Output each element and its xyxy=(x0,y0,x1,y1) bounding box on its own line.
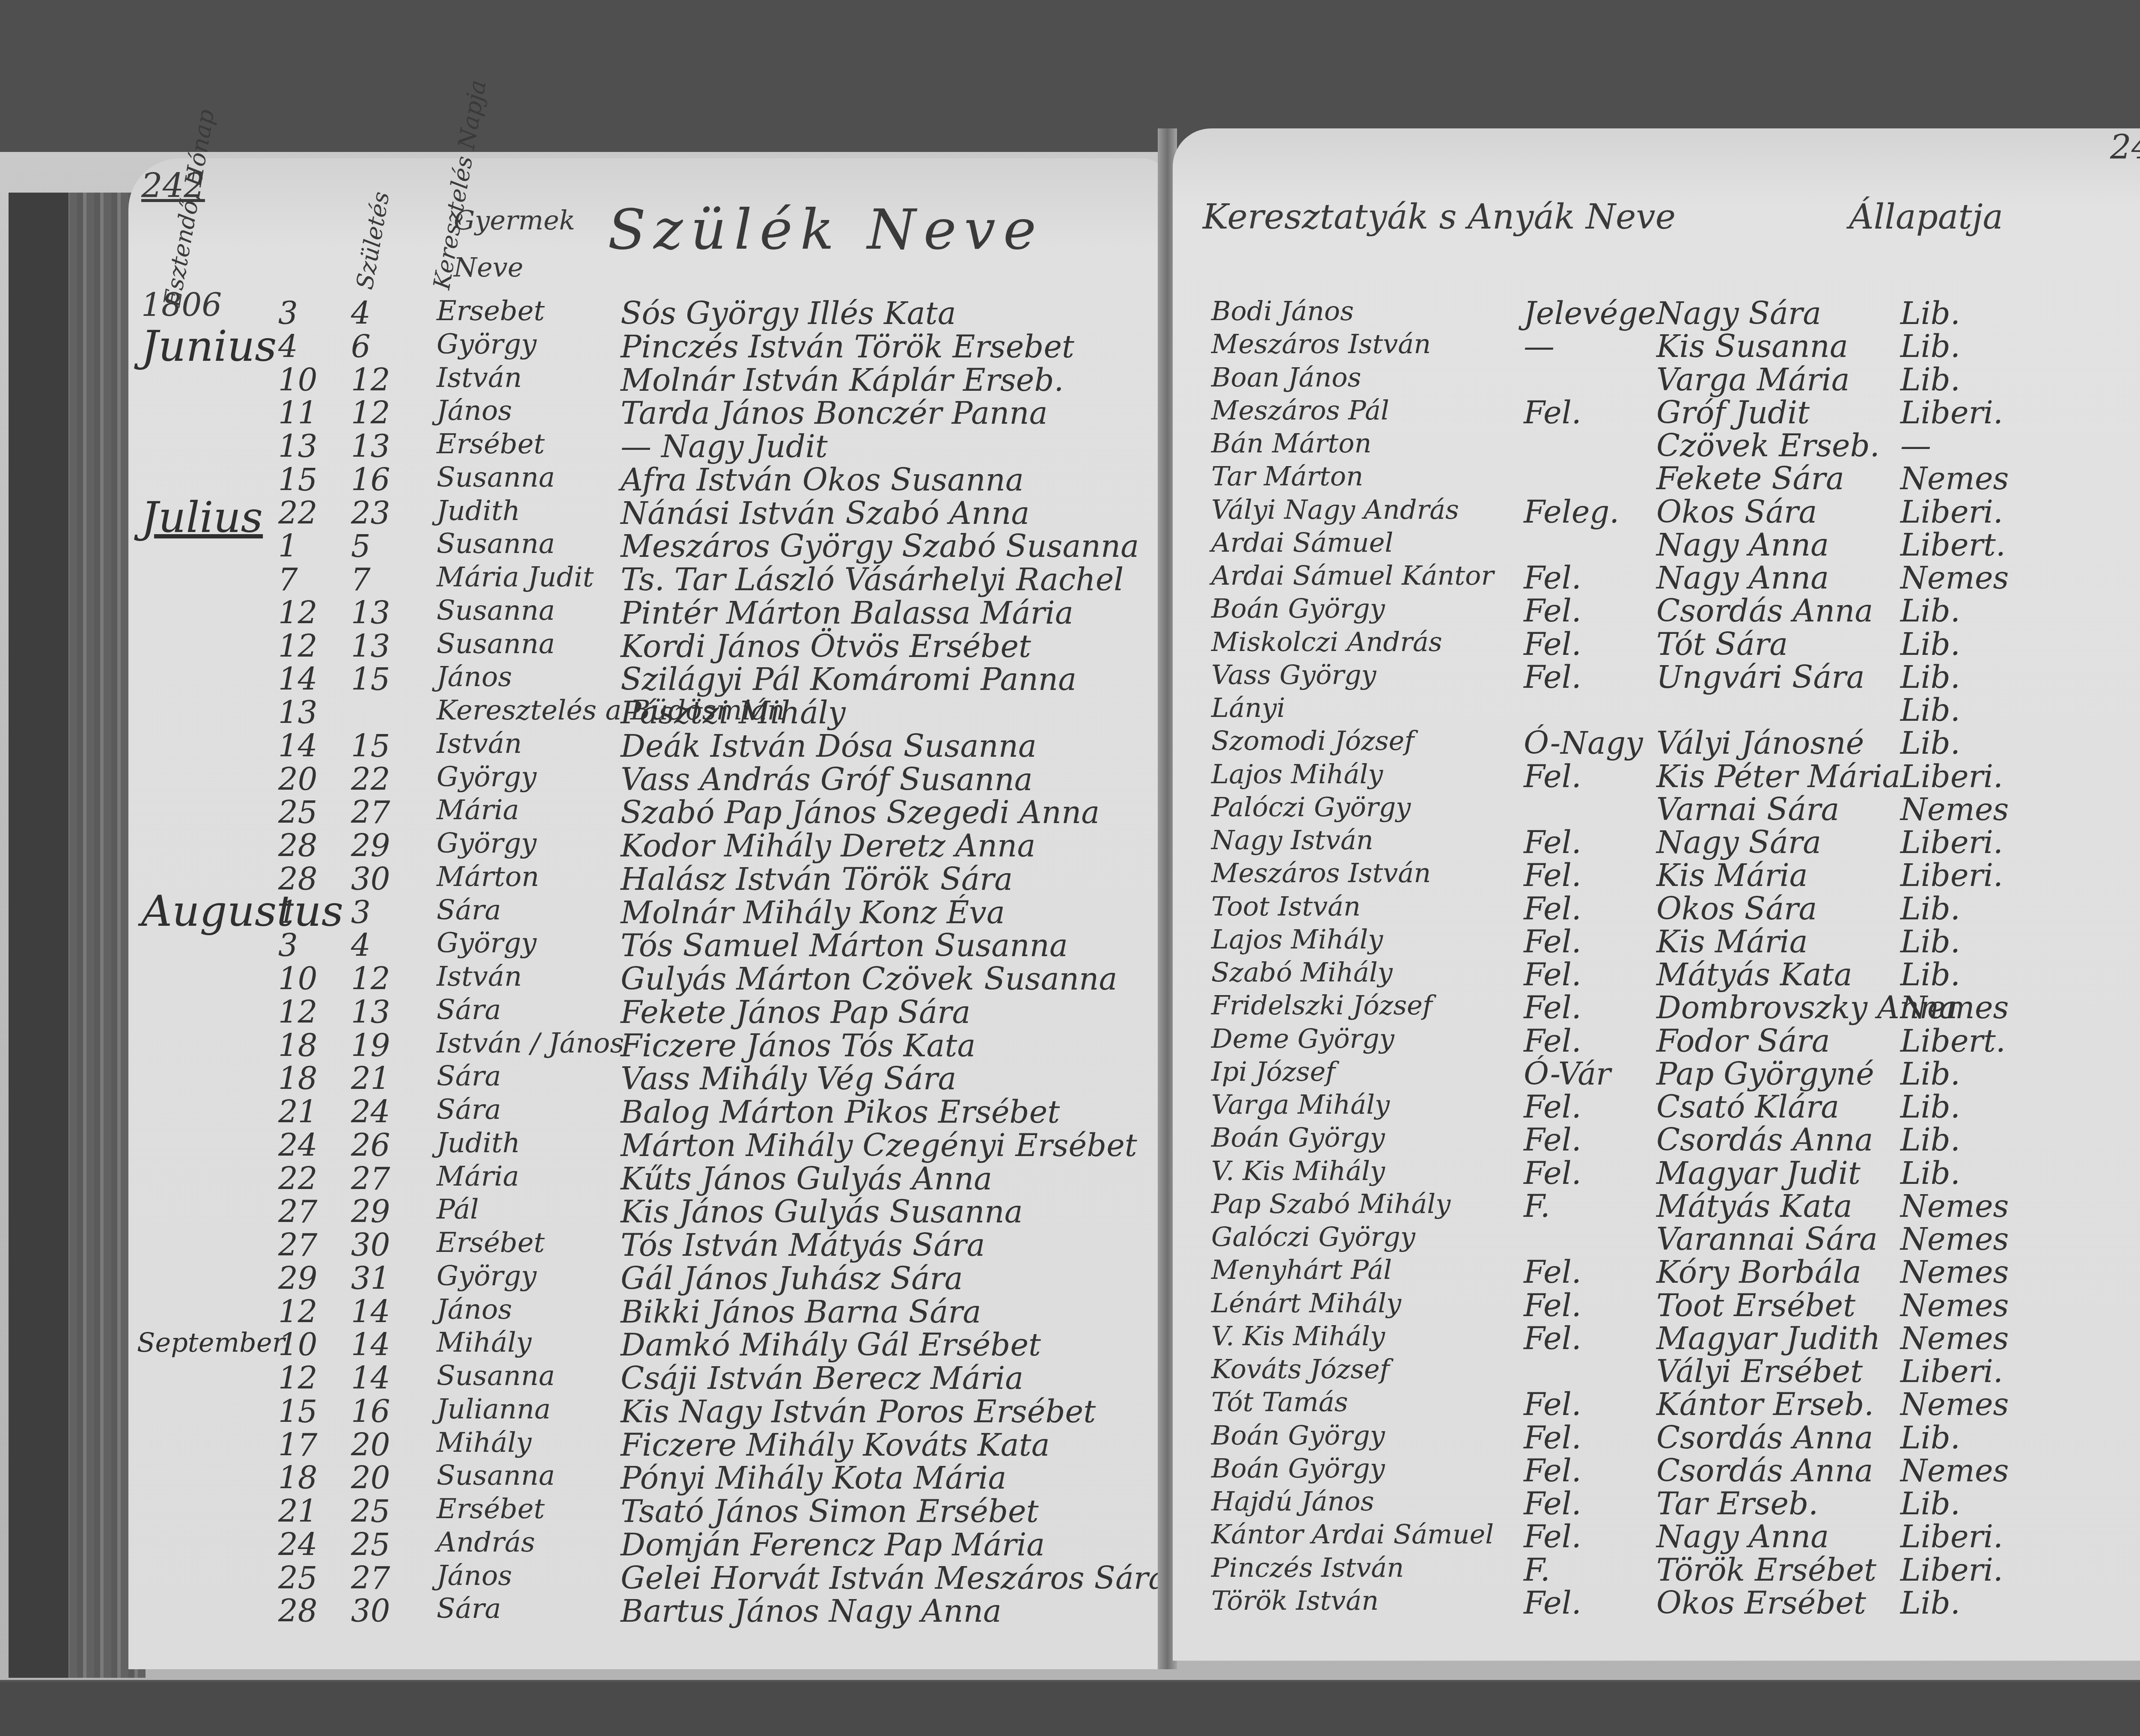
child-name-cell: György xyxy=(437,828,537,859)
status-cell: Liberi. xyxy=(1900,1353,2003,1389)
child-name-cell: Susanna xyxy=(437,1460,555,1492)
godmother-cell: Tar Erseb. xyxy=(1656,1486,1818,1522)
child-name-cell: Susanna xyxy=(437,628,555,660)
birth-day-cell: 1 xyxy=(278,895,298,930)
godfather-cell: Pinczés István xyxy=(1211,1552,1404,1583)
godfather-cell: Lénárt Mihály xyxy=(1211,1287,1401,1319)
godmother-cell: Kántor Erseb. xyxy=(1656,1386,1874,1422)
birth-day-cell: 17 xyxy=(278,1427,318,1463)
godmother-cell: Gróf Judit xyxy=(1656,395,1810,431)
baptism-day-cell: 31 xyxy=(351,1260,390,1296)
parents-names-cell: Gál János Juhász Sára xyxy=(621,1260,963,1296)
godmother-cell: Mátyás Kata xyxy=(1656,957,1852,993)
godmother-cell: Okos Ersébet xyxy=(1656,1585,1866,1621)
child-name-cell: András xyxy=(437,1527,535,1558)
child-name-cell: István xyxy=(437,961,522,993)
baptism-day-cell: 13 xyxy=(351,595,390,631)
baptism-day-cell: 15 xyxy=(351,728,390,764)
parents-names-cell: Bikki János Barna Sára xyxy=(621,1294,981,1330)
parents-names-cell: Kodor Mihály Deretz Anna xyxy=(621,828,1035,864)
parents-names-cell: Tós Samuel Márton Susanna xyxy=(621,927,1068,963)
godfather-cell: Meszáros István xyxy=(1211,857,1431,889)
header-parents-names: Szülék Neve xyxy=(608,197,1044,262)
parents-names-cell: Márton Mihály Czegényi Ersébet xyxy=(621,1127,1137,1163)
birth-day-cell: 14 xyxy=(278,728,318,764)
child-name-cell: Sára xyxy=(437,994,501,1026)
godfather-cell: Bán Márton xyxy=(1211,428,1371,459)
birth-day-cell: 27 xyxy=(278,1227,318,1263)
godfather-cell: Tót Tamás xyxy=(1211,1386,1348,1418)
child-name-cell: Mária Judit xyxy=(437,562,594,593)
status-cell: Lib. xyxy=(1900,1420,1960,1456)
parents-names-cell: Nánási István Szabó Anna xyxy=(621,495,1029,531)
parents-names-cell: Domján Ferencz Pap Mária xyxy=(621,1527,1045,1563)
residence-cell: Fel. xyxy=(1524,593,1581,629)
baptism-day-cell: 29 xyxy=(351,1194,390,1230)
godfather-cell: Fridelszki József xyxy=(1211,990,1433,1021)
status-cell: Liberi. xyxy=(1900,494,2003,530)
child-name-cell: Julianna xyxy=(437,1394,551,1425)
parents-names-cell: Pónyi Mihály Kota Mária xyxy=(621,1460,1006,1496)
baptism-day-cell: 4 xyxy=(351,927,371,963)
status-cell: Nemes xyxy=(1900,1221,2009,1257)
baptism-day-cell: 26 xyxy=(351,1127,390,1163)
godfather-cell: Bodi János xyxy=(1211,295,1354,327)
birth-day-cell: 10 xyxy=(278,362,318,398)
residence-cell: Fel. xyxy=(1524,1386,1581,1422)
residence-cell: Fel. xyxy=(1524,824,1581,860)
birth-day-cell: 1 xyxy=(278,528,298,564)
baptism-day-cell: 22 xyxy=(351,761,390,797)
baptism-day-cell: 25 xyxy=(351,1493,390,1529)
child-name-cell: Judith xyxy=(437,495,520,527)
birth-day-cell: 24 xyxy=(278,1127,318,1163)
godmother-cell: Vályi Jánosné xyxy=(1656,725,1864,761)
birth-day-cell: 7 xyxy=(278,562,298,597)
godfather-cell: Menyhárt Pál xyxy=(1211,1254,1392,1285)
baptism-day-cell: 23 xyxy=(351,495,390,531)
birth-day-cell: 25 xyxy=(278,1560,318,1596)
baptism-day-cell: 3 xyxy=(351,895,371,930)
godfather-cell: Meszáros István xyxy=(1211,328,1431,360)
child-name-cell: János xyxy=(437,661,512,693)
birth-day-cell: 15 xyxy=(278,462,318,498)
residence-cell: Jelevége xyxy=(1524,295,1656,331)
baptism-day-cell: 14 xyxy=(351,1360,390,1396)
godmother-cell: Mátyás Kata xyxy=(1656,1188,1852,1224)
birth-day-cell: 10 xyxy=(278,961,318,997)
residence-cell: Fel. xyxy=(1524,659,1581,695)
residence-cell: Fel. xyxy=(1524,990,1581,1026)
birth-day-cell: 22 xyxy=(278,495,318,531)
header-child-name: Gyermek Neve xyxy=(454,197,582,291)
parents-names-cell: Gelei Horvát István Meszáros Sára xyxy=(621,1560,1167,1596)
godmother-cell: Vályi Ersébet xyxy=(1656,1353,1863,1389)
parents-names-cell: Vass Mihály Vég Sára xyxy=(621,1061,956,1097)
godmother-cell: Török Ersébet xyxy=(1656,1552,1876,1588)
child-name-cell: Judith xyxy=(437,1127,520,1159)
status-cell: Lib. xyxy=(1900,295,1960,331)
godfather-cell: Boán György xyxy=(1211,1420,1385,1451)
godfather-cell: Kováts József xyxy=(1211,1353,1390,1385)
status-cell: Lib. xyxy=(1900,725,1960,761)
book-page-edges-left xyxy=(9,193,146,1678)
parents-names-cell: Pásztzi Mihály xyxy=(621,695,846,731)
page-number-right: 243 xyxy=(2110,128,2140,167)
residence-cell: Fel. xyxy=(1524,1585,1581,1621)
godmother-cell: Kóry Borbála xyxy=(1656,1254,1861,1290)
birth-day-cell: 11 xyxy=(278,395,318,431)
parents-names-cell: Tós István Mátyás Sára xyxy=(621,1227,985,1263)
child-name-cell: Sára xyxy=(437,1593,501,1625)
godmother-cell: Nagy Anna xyxy=(1656,1519,1829,1555)
residence-cell: Fel. xyxy=(1524,1023,1581,1059)
parents-names-cell: Damkó Mihály Gál Ersébet xyxy=(621,1327,1041,1363)
residence-cell: Fel. xyxy=(1524,1420,1581,1456)
residence-cell: Fel. xyxy=(1524,1519,1581,1555)
child-name-cell: Ersébet xyxy=(437,1493,545,1525)
parents-names-cell: Afra István Okos Susanna xyxy=(621,462,1024,498)
status-cell: Liberi. xyxy=(1900,857,2003,893)
status-cell: Nemes xyxy=(1900,791,2009,827)
residence-cell: Fel. xyxy=(1524,1155,1581,1191)
birth-day-cell: 24 xyxy=(278,1527,318,1563)
residence-cell: Fel. xyxy=(1524,891,1581,927)
godmother-cell: Csordás Anna xyxy=(1656,1420,1873,1456)
child-name-cell: Sára xyxy=(437,895,501,926)
birth-day-cell: 13 xyxy=(278,695,318,731)
status-cell: Nemes xyxy=(1900,560,2009,596)
baptism-day-cell: 20 xyxy=(351,1427,390,1463)
baptism-day-cell: 30 xyxy=(351,1227,390,1263)
godfather-cell: Galóczi György xyxy=(1211,1221,1415,1252)
godmother-cell: Nagy Sára xyxy=(1656,295,1821,331)
godfather-cell: V. Kis Mihály xyxy=(1211,1155,1385,1186)
godfather-cell: Boán György xyxy=(1211,1122,1385,1153)
child-name-cell: Mária xyxy=(437,794,519,826)
baptism-day-cell: 4 xyxy=(351,295,371,331)
residence-cell: Ó-Vár xyxy=(1524,1056,1611,1092)
birth-day-cell: 12 xyxy=(278,1360,318,1396)
child-name-cell: Mihály xyxy=(437,1427,532,1459)
godfather-cell: Deme György xyxy=(1211,1023,1394,1054)
status-cell: Lib. xyxy=(1900,626,1960,662)
parents-names-cell: — Nagy Judit xyxy=(621,428,828,464)
birth-day-cell: 10 xyxy=(278,1327,318,1363)
parents-names-cell: Meszáros György Szabó Susanna xyxy=(621,528,1139,564)
right-page: 243 Keresztatyák s Anyák Neve Állapatja … xyxy=(1173,128,2140,1661)
godmother-cell: Fodor Sára xyxy=(1656,1023,1830,1059)
residence-cell: Fel. xyxy=(1524,1254,1581,1290)
birth-day-cell: 25 xyxy=(278,794,318,830)
parents-names-cell: Molnár Mihály Konz Éva xyxy=(621,895,1005,930)
child-name-cell: Ersébet xyxy=(437,428,545,460)
child-name-cell: István / János xyxy=(437,1028,624,1059)
residence-cell: Fel. xyxy=(1524,395,1581,431)
status-cell: Lib. xyxy=(1900,1056,1960,1092)
godfather-cell: Boán György xyxy=(1211,593,1385,624)
header-godparents: Keresztatyák s Anyák Neve xyxy=(1203,197,1676,237)
godmother-cell: Tót Sára xyxy=(1656,626,1788,662)
parents-names-cell: Ficzere János Tós Kata xyxy=(621,1028,975,1064)
residence-cell: Fel. xyxy=(1524,1122,1581,1158)
status-cell: — xyxy=(1900,428,1931,464)
godfather-cell: Vass György xyxy=(1211,659,1376,690)
baptism-day-cell: 7 xyxy=(351,562,371,597)
parents-names-cell: Balog Márton Pikos Ersébet xyxy=(621,1094,1060,1130)
parents-names-cell: Kűts János Gulyás Anna xyxy=(621,1161,992,1197)
baptism-day-cell: 12 xyxy=(351,395,390,431)
status-cell: Nemes xyxy=(1900,461,2009,496)
status-cell: Lib. xyxy=(1900,1155,1960,1191)
status-cell: Libert. xyxy=(1900,1023,2006,1059)
birth-day-cell: 4 xyxy=(278,329,298,365)
child-name-cell: Márton xyxy=(437,861,539,893)
godmother-cell: Fekete Sára xyxy=(1656,461,1844,496)
scanner-backdrop-bottom xyxy=(0,1682,2140,1736)
residence-cell: Fel. xyxy=(1524,1089,1581,1125)
left-page: 242 Esztendő, Hónap Születés Keresztelés… xyxy=(128,158,1168,1669)
residence-cell: Fel. xyxy=(1524,857,1581,893)
status-cell: Lib. xyxy=(1900,957,1960,993)
child-name-cell: Susanna xyxy=(437,1360,555,1392)
parents-names-cell: Kordi János Ötvös Ersébet xyxy=(621,628,1031,664)
parents-names-cell: Tarda János Bonczér Panna xyxy=(621,395,1048,431)
parents-names-cell: Pintér Márton Balassa Mária xyxy=(621,595,1073,631)
child-name-cell: Ersébet xyxy=(437,1227,545,1259)
residence-cell: Ó-Nagy xyxy=(1524,725,1643,761)
parents-names-cell: Szilágyi Pál Komáromi Panna xyxy=(621,661,1076,697)
godmother-cell: Nagy Anna xyxy=(1656,527,1829,563)
status-cell: Nemes xyxy=(1900,1287,2009,1323)
godfather-cell: V. Kis Mihály xyxy=(1211,1320,1385,1352)
godmother-cell: Pap Györgyné xyxy=(1656,1056,1874,1092)
birth-day-cell: 12 xyxy=(278,595,318,631)
baptism-day-cell: 16 xyxy=(351,462,390,498)
godfather-cell: Toot István xyxy=(1211,891,1361,922)
child-name-cell: Susanna xyxy=(437,462,555,493)
residence-cell: Fel. xyxy=(1524,1320,1581,1356)
godmother-cell: Kis Mária xyxy=(1656,924,1808,960)
residence-cell: F. xyxy=(1524,1188,1550,1224)
status-cell: Nemes xyxy=(1900,1188,2009,1224)
status-cell: Liberi. xyxy=(1900,1519,2003,1555)
godfather-cell: Vályi Nagy András xyxy=(1211,494,1459,525)
godmother-cell: Okos Sára xyxy=(1656,494,1817,530)
status-cell: Lib. xyxy=(1900,593,1960,629)
status-cell: Nemes xyxy=(1900,1254,2009,1290)
baptism-day-cell: 12 xyxy=(351,362,390,398)
status-cell: Lib. xyxy=(1900,328,1960,364)
godfather-cell: Ardai Sámuel Kántor xyxy=(1211,560,1494,591)
baptism-day-cell: 21 xyxy=(351,1061,390,1097)
child-name-cell: István xyxy=(437,728,522,760)
baptism-day-cell: 6 xyxy=(351,329,371,365)
godmother-cell: Kis Mária xyxy=(1656,857,1808,893)
status-cell: Nemes xyxy=(1900,1453,2009,1489)
parents-names-cell: Sós György Illés Kata xyxy=(621,295,956,331)
residence-cell: — xyxy=(1524,328,1554,364)
parents-names-cell: Csáji István Berecz Mária xyxy=(621,1360,1023,1396)
status-cell: Nemes xyxy=(1900,990,2009,1026)
status-cell: Lib. xyxy=(1900,1486,1960,1522)
residence-cell: Fel. xyxy=(1524,626,1581,662)
godmother-cell: Csordás Anna xyxy=(1656,1453,1873,1489)
godmother-cell: Varga Mária xyxy=(1656,362,1850,398)
godmother-cell: Csordás Anna xyxy=(1656,593,1873,629)
status-cell: Lib. xyxy=(1900,362,1960,398)
child-name-cell: István xyxy=(437,362,522,394)
child-name-cell: Ersebet xyxy=(437,295,545,327)
parents-names-cell: Molnár István Káplár Erseb. xyxy=(621,362,1064,398)
parents-names-cell: Gulyás Márton Czövek Susanna xyxy=(621,961,1117,997)
birth-day-cell: 21 xyxy=(278,1493,318,1529)
status-cell: Lib. xyxy=(1900,1122,1960,1158)
godfather-cell: Ipi József xyxy=(1211,1056,1335,1087)
godfather-cell: Lányi xyxy=(1211,692,1285,723)
godmother-cell: Varannai Sára xyxy=(1656,1221,1878,1257)
godmother-cell: Csordás Anna xyxy=(1656,1122,1873,1158)
baptism-day-cell: 30 xyxy=(351,861,390,897)
birth-day-cell: 15 xyxy=(278,1394,318,1430)
residence-cell: Fel. xyxy=(1524,1486,1581,1522)
status-cell: Nemes xyxy=(1900,1386,2009,1422)
godmother-cell: Ungvári Sára xyxy=(1656,659,1865,695)
status-cell: Liberi. xyxy=(1900,758,2003,794)
godmother-cell: Nagy Sára xyxy=(1656,824,1821,860)
godmother-cell: Varnai Sára xyxy=(1656,791,1840,827)
book-cover-left xyxy=(9,193,68,1678)
baptism-day-cell: 13 xyxy=(351,428,390,464)
parents-names-cell: Pinczés István Török Ersebet xyxy=(621,329,1074,365)
residence-cell: Fel. xyxy=(1524,1287,1581,1323)
parents-names-cell: Halász István Török Sára xyxy=(621,861,1013,897)
baptism-day-cell: 29 xyxy=(351,828,390,864)
birth-day-cell: 21 xyxy=(278,1094,318,1130)
residence-cell: Fel. xyxy=(1524,924,1581,960)
child-name-cell: János xyxy=(437,1294,512,1326)
godmother-cell: Csató Klára xyxy=(1656,1089,1839,1125)
godmother-cell: Nagy Anna xyxy=(1656,560,1829,596)
child-name-cell: György xyxy=(437,761,537,793)
godfather-cell: Palóczi György xyxy=(1211,791,1411,823)
residence-cell: Fel. xyxy=(1524,758,1581,794)
birth-day-cell: 12 xyxy=(278,628,318,664)
birth-day-cell: 27 xyxy=(278,1194,318,1230)
godfather-cell: Lajos Mihály xyxy=(1211,924,1383,955)
godfather-cell: Tar Márton xyxy=(1211,461,1363,492)
godfather-cell: Szomodi József xyxy=(1211,725,1414,756)
birth-day-cell: 14 xyxy=(278,661,318,697)
parents-names-cell: Vass András Gróf Susanna xyxy=(621,761,1033,797)
birth-day-cell: 3 xyxy=(278,295,298,331)
parents-names-cell: Bartus János Nagy Anna xyxy=(621,1593,1002,1629)
birth-day-cell: 13 xyxy=(278,428,318,464)
status-cell: Liberi. xyxy=(1900,824,2003,860)
birth-day-cell: 28 xyxy=(278,861,318,897)
godfather-cell: Lajos Mihály xyxy=(1211,758,1383,790)
child-name-cell: Sára xyxy=(437,1094,501,1126)
residence-cell: F. xyxy=(1524,1552,1550,1588)
status-cell: Lib. xyxy=(1900,1089,1960,1125)
godmother-cell: Okos Sára xyxy=(1656,891,1817,927)
birth-day-cell: 20 xyxy=(278,761,318,797)
child-name-cell: Mihály xyxy=(437,1327,532,1358)
residence-cell: Fel. xyxy=(1524,1453,1581,1489)
birth-day-cell: 18 xyxy=(278,1460,318,1496)
baptism-day-cell: 19 xyxy=(351,1028,390,1064)
baptism-day-cell: 16 xyxy=(351,1394,390,1430)
birth-day-cell: 18 xyxy=(278,1061,318,1097)
godfather-cell: Kántor Ardai Sámuel xyxy=(1211,1519,1494,1550)
birth-day-cell: 18 xyxy=(278,1028,318,1064)
baptism-day-cell: 12 xyxy=(351,961,390,997)
birth-day-cell: 28 xyxy=(278,828,318,864)
parents-names-cell: Tsató János Simon Ersébet xyxy=(621,1493,1039,1529)
godfather-cell: Török István xyxy=(1211,1585,1379,1616)
child-name-cell: György xyxy=(437,329,537,360)
table-row: 2830SáraBartus János Nagy Anna xyxy=(128,1593,1156,1638)
parents-names-cell: Ts. Tar László Vásárhelyi Rachel xyxy=(621,562,1123,597)
status-cell: Libert. xyxy=(1900,527,2006,563)
godfather-cell: Varga Mihály xyxy=(1211,1089,1390,1120)
parents-names-cell: Kis János Gulyás Susanna xyxy=(621,1194,1023,1230)
baptism-day-cell: 24 xyxy=(351,1094,390,1130)
status-cell: Lib. xyxy=(1900,692,1960,728)
godmother-cell: Magyar Judit xyxy=(1656,1155,1861,1191)
parents-names-cell: Fekete János Pap Sára xyxy=(621,994,970,1030)
header-status: Állapatja xyxy=(1849,197,2003,237)
child-name-cell: János xyxy=(437,1560,512,1592)
status-cell: Lib. xyxy=(1900,1585,1960,1621)
residence-cell: Feleg. xyxy=(1524,494,1619,530)
baptism-day-cell: 27 xyxy=(351,794,390,830)
baptism-day-cell: 15 xyxy=(351,661,390,697)
godfather-cell: Nagy István xyxy=(1211,824,1373,856)
status-cell: Nemes xyxy=(1900,1320,2009,1356)
child-name-cell: Susanna xyxy=(437,528,555,560)
parents-names-cell: Kis Nagy István Poros Ersébet xyxy=(621,1394,1096,1430)
godfather-cell: Hajdú János xyxy=(1211,1486,1374,1517)
godfather-cell: Ardai Sámuel xyxy=(1211,527,1393,558)
residence-cell: Fel. xyxy=(1524,560,1581,596)
godfather-cell: Pap Szabó Mihály xyxy=(1211,1188,1450,1219)
baptism-day-cell: 25 xyxy=(351,1527,390,1563)
godmother-cell: Toot Ersébet xyxy=(1656,1287,1855,1323)
birth-day-cell: 28 xyxy=(278,1593,318,1629)
birth-day-cell: 12 xyxy=(278,1294,318,1330)
child-name-cell: János xyxy=(437,395,512,427)
child-name-cell: György xyxy=(437,1260,537,1292)
godmother-cell: Czövek Erseb. xyxy=(1656,428,1880,464)
child-name-cell: Mária xyxy=(437,1161,519,1192)
birth-day-cell: 22 xyxy=(278,1161,318,1197)
baptism-day-cell: 5 xyxy=(351,528,371,564)
status-cell: Liberi. xyxy=(1900,1552,2003,1588)
baptism-day-cell: 27 xyxy=(351,1161,390,1197)
status-cell: Lib. xyxy=(1900,659,1960,695)
birth-day-cell: 29 xyxy=(278,1260,318,1296)
table-row: Török IstvánFel.Okos ErsébetLib. xyxy=(1173,1585,2140,1629)
godfather-cell: Boan János xyxy=(1211,362,1361,393)
parents-names-cell: Ficzere Mihály Kováts Kata xyxy=(621,1427,1050,1463)
residence-cell: Fel. xyxy=(1524,957,1581,993)
birth-day-cell: 3 xyxy=(278,927,298,963)
birth-day-cell: 12 xyxy=(278,994,318,1030)
godmother-cell: Kis Susanna xyxy=(1656,328,1848,364)
baptism-day-cell: 30 xyxy=(351,1593,390,1629)
status-cell: Lib. xyxy=(1900,891,1960,927)
